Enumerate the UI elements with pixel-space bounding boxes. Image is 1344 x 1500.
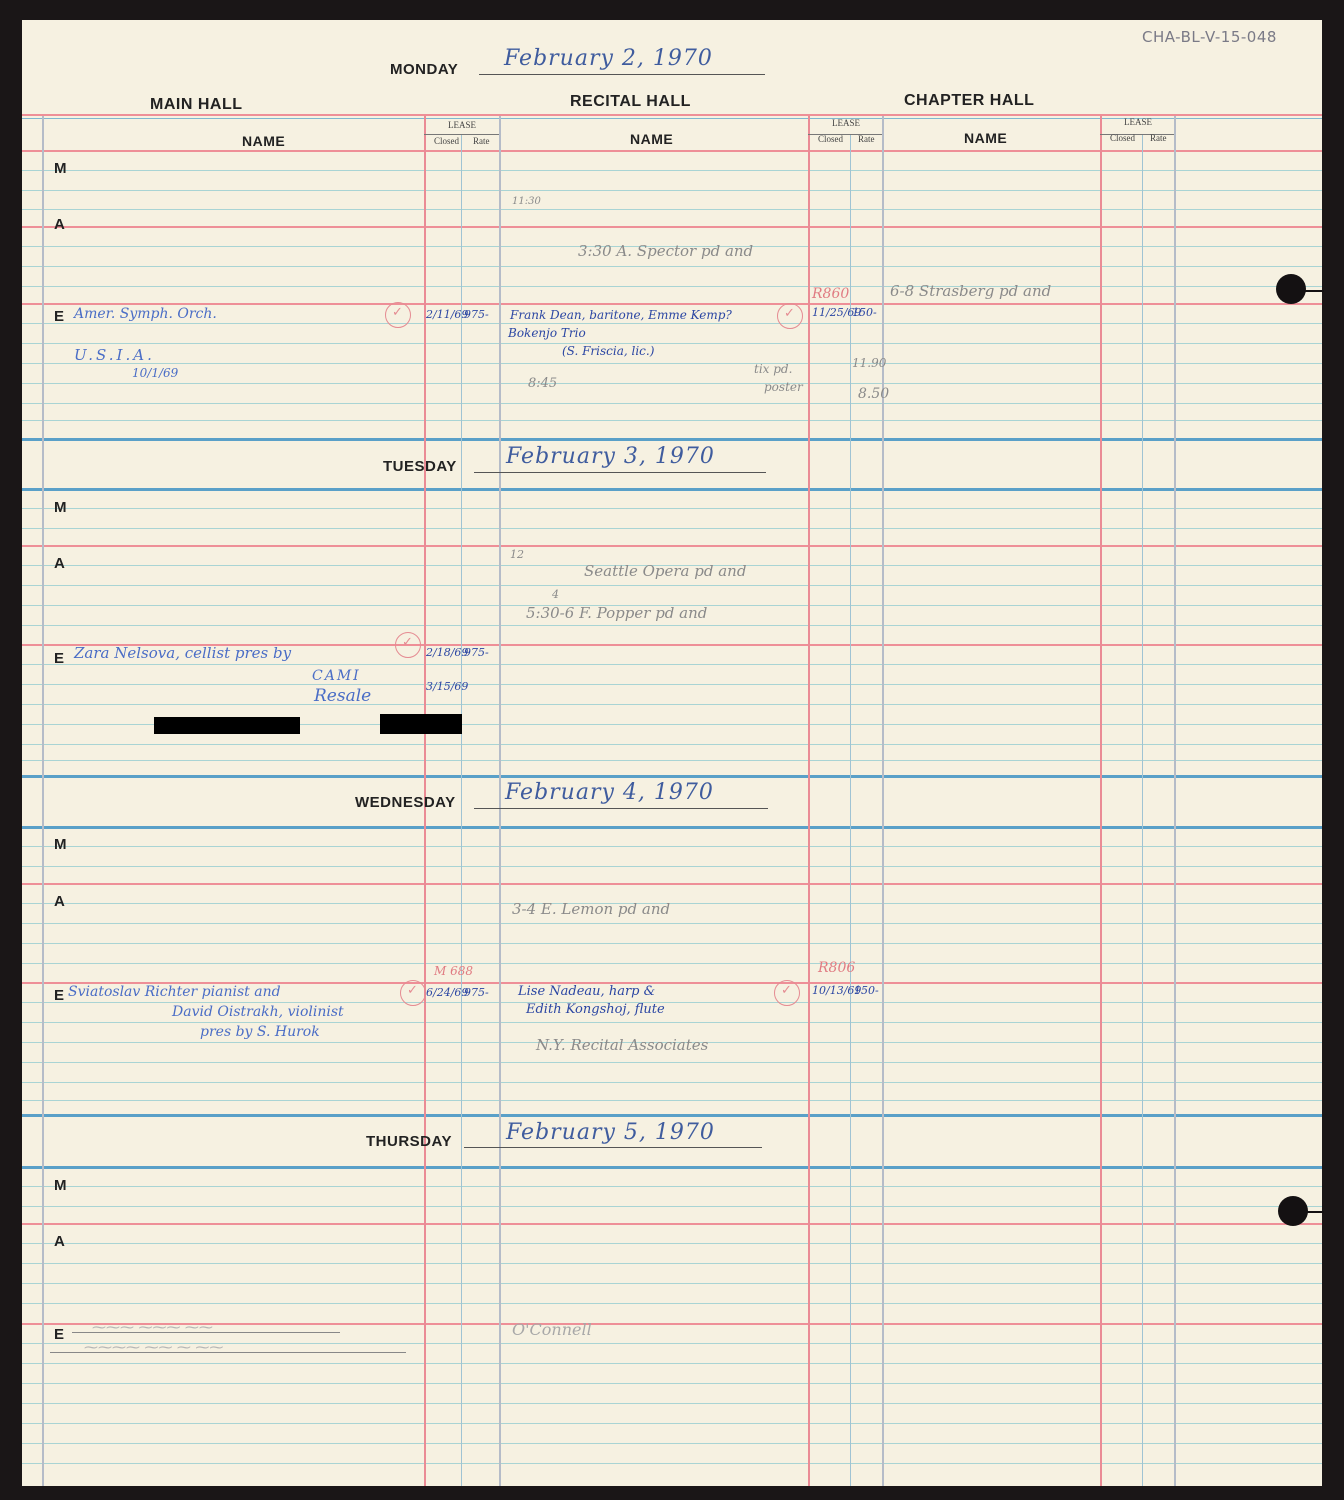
- main-hall-entry: Zara Nelsova, cellist pres by: [74, 644, 291, 662]
- main-hall-entry: Resale: [314, 686, 371, 706]
- red-note: R860: [812, 286, 849, 302]
- recital-name-header: NAME: [630, 131, 673, 147]
- main-name-header: NAME: [242, 133, 285, 149]
- rate-header: Rate: [473, 136, 490, 146]
- recital-hall-entry: 3-4 E. Lemon pd and: [512, 900, 670, 918]
- lease-rate: 975-: [464, 646, 489, 659]
- recital-hall-entry: 3:30 A. Spector pd and: [578, 242, 753, 260]
- main-hall-entry: Amer. Symph. Orch.: [74, 306, 217, 322]
- period-evening: E: [54, 650, 64, 667]
- period-morning: M: [54, 160, 67, 177]
- recital-hall-note-value: 11.90: [852, 356, 886, 370]
- lease-closed-date: 2/11/69: [426, 308, 468, 321]
- period-morning: M: [54, 836, 67, 853]
- red-note: M 688: [434, 964, 473, 978]
- redaction-bar: [154, 717, 300, 734]
- period-afternoon: A: [54, 216, 65, 233]
- recital-hall-entry: Bokenjo Trio: [508, 326, 586, 340]
- lease-rate: 150-: [854, 984, 879, 997]
- struck-entry-scribble: ⁓⁓⁓⁓ ⁓⁓ ⁓ ⁓⁓: [84, 1340, 223, 1356]
- recital-hall-time: 11:30: [512, 196, 541, 207]
- period-evening: E: [54, 987, 64, 1004]
- day-label-wednesday: WEDNESDAY: [355, 794, 456, 811]
- period-afternoon: A: [54, 893, 65, 910]
- checkmark-circle-icon: ✓: [774, 980, 800, 1006]
- recital-hall-time: 4: [552, 588, 559, 601]
- rate-header: Rate: [858, 134, 875, 144]
- recital-hall-time: 8:45: [528, 376, 557, 391]
- period-evening: E: [54, 308, 64, 325]
- document-id: CHA-BL-V-15-048: [1142, 28, 1277, 46]
- checkmark-circle-icon: ✓: [395, 632, 421, 658]
- recital-hall-entry: Edith Kongshoj, flute: [526, 1002, 665, 1017]
- lease-header: LEASE: [448, 120, 476, 130]
- period-morning: M: [54, 1177, 67, 1194]
- closed-header: Closed: [818, 134, 843, 144]
- main-hall-entry: pres by S. Hurok: [200, 1024, 320, 1040]
- recital-hall-note-value: 8.50: [858, 386, 889, 402]
- rule: [22, 114, 1322, 116]
- main-hall-entry: 10/1/69: [132, 366, 178, 380]
- recital-hall-entry: Lise Nadeau, harp &: [518, 984, 655, 999]
- lease-closed-date: 6/24/69: [426, 986, 468, 999]
- recital-hall-note: tix pd.: [754, 362, 792, 376]
- closed-header: Closed: [434, 136, 459, 146]
- recital-hall-entry: Frank Dean, baritone, Emme Kemp?: [510, 308, 732, 322]
- main-hall-title: MAIN HALL: [150, 96, 242, 114]
- checkmark-circle-icon: ✓: [400, 980, 426, 1006]
- red-note: R806: [818, 960, 855, 976]
- recital-hall-time: 12: [510, 548, 524, 561]
- checkmark-circle-icon: ✓: [777, 303, 803, 329]
- ledger-page: CHA-BL-V-15-048 MAIN HALL RECITAL HA: [22, 20, 1322, 1486]
- period-morning: M: [54, 499, 67, 516]
- chapter-hall-title: CHAPTER HALL: [904, 92, 1034, 110]
- date-thursday: February 5, 1970: [506, 1120, 715, 1145]
- chapter-hall-entry: 6-8 Strasberg pd and: [890, 282, 1051, 300]
- period-evening: E: [54, 1326, 64, 1343]
- lease-header: LEASE: [1124, 117, 1152, 127]
- main-hall-entry: U.S.I.A.: [74, 346, 155, 364]
- chapter-name-header: NAME: [964, 130, 1007, 146]
- lease-closed-date: 2/18/69: [426, 646, 468, 659]
- binder-hole: [1276, 274, 1306, 304]
- date-wednesday: February 4, 1970: [505, 780, 714, 805]
- binder-hole-tear: [1302, 1211, 1324, 1213]
- main-hall-entry: CAMI: [312, 668, 361, 684]
- lease-header: LEASE: [832, 118, 860, 128]
- main-hall-entry: David Oistrakh, violinist: [172, 1004, 344, 1020]
- rate-header: Rate: [1150, 133, 1167, 143]
- recital-hall-title: RECITAL HALL: [570, 93, 691, 111]
- day-label-thursday: THURSDAY: [366, 1133, 452, 1150]
- lease-rate: 975-: [464, 308, 489, 321]
- recital-hall-entry: N.Y. Recital Associates: [536, 1036, 708, 1054]
- main-hall-entry: Sviatoslav Richter pianist and: [68, 984, 281, 1000]
- recital-hall-entry: (S. Friscia, lic.): [562, 344, 654, 358]
- lease-rate: 150-: [852, 306, 877, 319]
- rule: [22, 150, 1322, 152]
- date-monday: February 2, 1970: [504, 46, 713, 71]
- closed-header: Closed: [1110, 133, 1135, 143]
- redaction-bar: [380, 714, 462, 734]
- recital-hall-entry: O'Connell: [512, 1320, 592, 1339]
- recital-hall-note: poster: [764, 380, 803, 394]
- lease-closed-date: 3/15/69: [426, 680, 468, 693]
- period-afternoon: A: [54, 555, 65, 572]
- recital-hall-entry: 5:30-6 F. Popper pd and: [526, 604, 707, 622]
- checkmark-circle-icon: ✓: [385, 302, 411, 328]
- day-label-tuesday: TUESDAY: [383, 458, 457, 475]
- binder-hole-tear: [1300, 290, 1324, 292]
- period-afternoon: A: [54, 1233, 65, 1250]
- struck-entry-scribble: ⁓⁓⁓ ⁓⁓⁓ ⁓⁓: [92, 1320, 213, 1336]
- lease-rate: 975-: [464, 986, 489, 999]
- date-tuesday: February 3, 1970: [506, 444, 715, 469]
- day-label-monday: MONDAY: [390, 61, 458, 78]
- recital-hall-entry: Seattle Opera pd and: [584, 562, 746, 580]
